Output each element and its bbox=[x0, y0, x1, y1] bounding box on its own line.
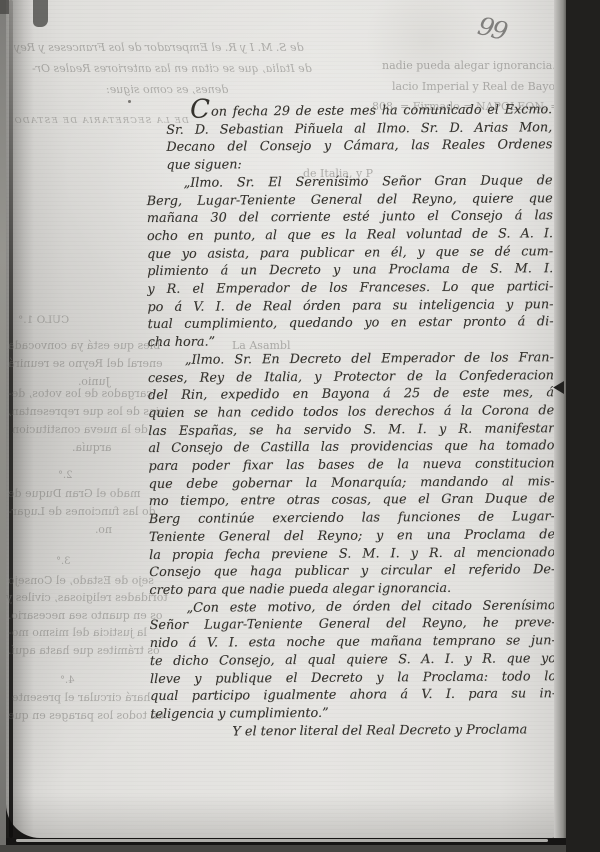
text-line: „Ilmo. Sr. En Decreto del Emperador de l… bbox=[148, 349, 554, 370]
text-line: ocho en punto, al que es la Real volunta… bbox=[147, 225, 553, 246]
drop-cap: C bbox=[190, 95, 210, 125]
ghost-text-mirrored: de la nueva constitucion bbox=[12, 423, 148, 436]
paragraph: „Ilmo. Sr. En Decreto del Emperador de l… bbox=[148, 349, 556, 600]
ghost-text-showthrough: lacio Imperial y Real de Bayo- bbox=[392, 80, 559, 93]
page-stack-bottom bbox=[0, 845, 600, 852]
scanned-document: de S. M. I y R. el Emperador de los Fran… bbox=[0, 0, 600, 852]
ghost-text-mirrored: os trámites que hasta aquí. bbox=[8, 644, 160, 657]
text-line: „Ilmo. Sr. El Serenísimo Señor Gran Duqu… bbox=[146, 172, 552, 193]
ghost-text-mirrored: toridades religiosas, civiles y bbox=[6, 591, 168, 604]
text-line: qual participo igualmente ahora á V. I. … bbox=[150, 685, 556, 706]
ghost-text-mirrored: sejo de Estado, el Consejo bbox=[8, 574, 154, 587]
text-line: Con fecha 29 de este mes ha comunicado e… bbox=[166, 101, 552, 121]
text-line: tual cumplimiento, quedando yo en estar … bbox=[147, 314, 553, 335]
ghost-text-showthrough: nadie pueda alegar ignorancia. bbox=[382, 59, 556, 72]
text-line: Y el tenor literal del Real Decreto y Pr… bbox=[150, 721, 556, 742]
paragraph: „Ilmo. Sr. El Serenísimo Señor Gran Duqu… bbox=[146, 172, 553, 352]
ghost-text-mirrored: cargados de los votos, de- bbox=[8, 387, 153, 400]
scan-background-right bbox=[566, 0, 600, 852]
ghost-text-mirrored: de S. M. I y R. el Emperador de los Fran… bbox=[14, 41, 304, 54]
printed-text-block: Con fecha 29 de este mes ha comunicado e… bbox=[146, 101, 556, 741]
ink-speck bbox=[128, 100, 131, 103]
ghost-text-mirrored: la justicia del mismo mo- bbox=[8, 626, 147, 639]
ghost-text-mirrored: arquía. bbox=[72, 441, 112, 454]
text-line: Teniente General del Reyno; y en una Pro… bbox=[149, 526, 555, 547]
text-line: Consejo que haga publicar y circular el … bbox=[149, 561, 555, 582]
ghost-text-mirrored: os en quanto sea necesario. bbox=[8, 609, 163, 622]
paragraph: „Con este motivo, de órden del citado Se… bbox=[149, 597, 556, 724]
text-line: Decano del Consejo y Cámara, las Reales … bbox=[166, 137, 552, 157]
ghost-text-mirrored: hará circular el presente bbox=[12, 691, 150, 704]
text-line: te dicho Consejo, al qual quiere S. A. I… bbox=[150, 650, 556, 671]
ghost-text-mirrored: en todos los parages en que bbox=[8, 709, 164, 722]
ghost-text-mirrored: mado el Gran Duque de bbox=[8, 487, 140, 500]
page-bottom-edge bbox=[16, 839, 548, 842]
ghost-text-mirrored: 4.° bbox=[60, 675, 75, 686]
ghost-text-mirrored: eneral del Reyno se reunirá bbox=[8, 357, 163, 370]
ghost-text-mirrored: cias de los que representan, bbox=[8, 405, 165, 418]
ghost-text-mirrored: 2.° bbox=[58, 470, 73, 481]
ghost-text-mirrored: 3.° bbox=[56, 556, 71, 567]
paragraph: Y el tenor literal del Real Decreto y Pr… bbox=[150, 721, 556, 742]
ghost-text-mirrored: do las funciones de Lugar- bbox=[8, 505, 156, 518]
ghost-text-mirrored: no. bbox=[95, 523, 112, 536]
ghost-text-mirrored: bles que está ya convocada bbox=[8, 339, 160, 352]
paragraph: Con fecha 29 de este mes ha comunicado e… bbox=[166, 101, 552, 175]
ghost-text-mirrored: de Italia, que se citan en las anteriore… bbox=[32, 62, 312, 75]
ghost-text-mirrored: CULO 1.° bbox=[18, 314, 69, 326]
